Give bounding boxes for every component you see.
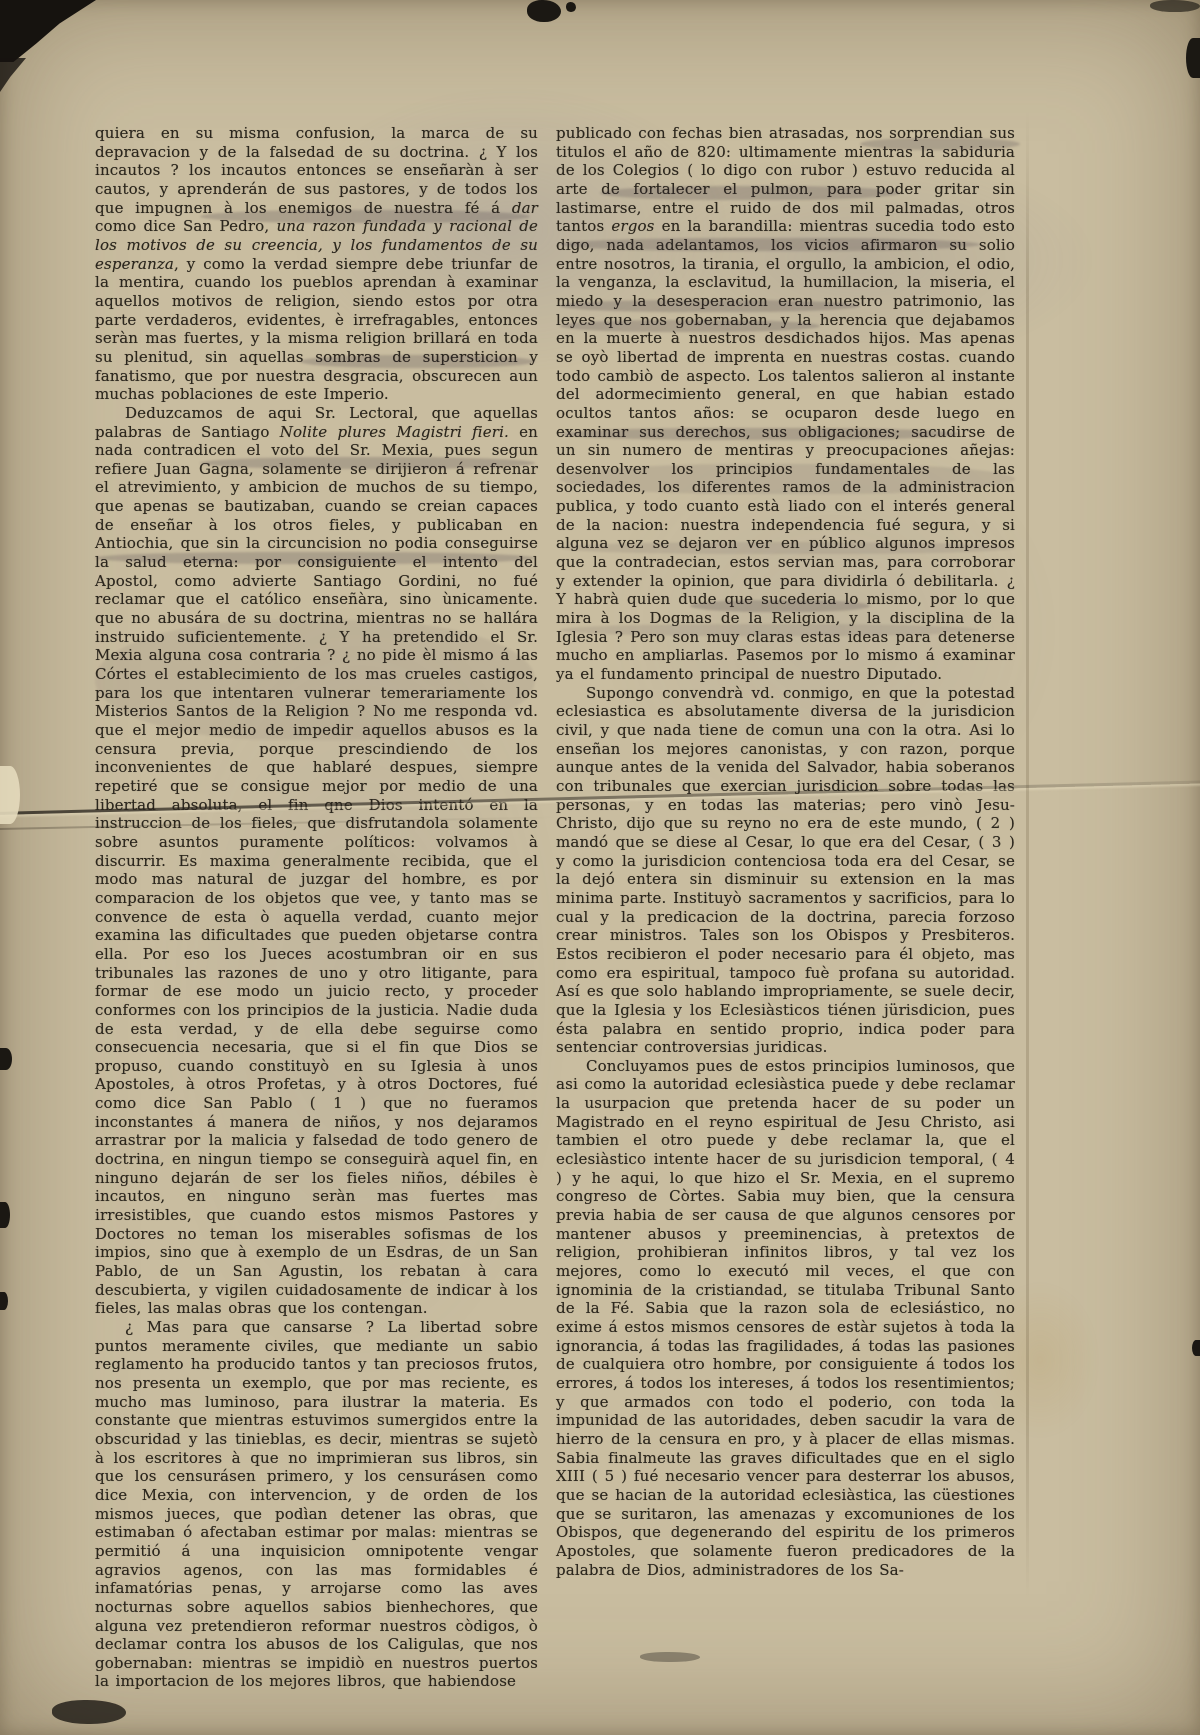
paragraph: ¿ Mas para que cansarse ? La libertad so… <box>95 1318 538 1691</box>
text-run: en nada contradicen el voto del Sr. Mexi… <box>95 423 538 1318</box>
text-run: como dice San Pedro, <box>95 217 276 235</box>
text-column-left: quiera en su misma confusion, la marca d… <box>95 124 538 1691</box>
edge-mark <box>1192 1340 1200 1356</box>
edge-mark <box>566 2 576 12</box>
edge-mark <box>1186 38 1200 78</box>
paragraph: Supongo convendrà vd. conmigo, en que la… <box>556 684 1015 1057</box>
edge-mark <box>52 1700 126 1724</box>
edge-mark <box>527 0 561 22</box>
italic-text-run: Nolite plures Magistri fieri. <box>280 423 509 441</box>
text-run: ¿ Mas para que cansarse ? La libertad so… <box>95 1318 538 1690</box>
paragraph: Concluyamos pues de estos principios lum… <box>556 1057 1015 1579</box>
paragraph: quiera en su misma confusion, la marca d… <box>95 124 538 404</box>
edge-gouge <box>0 766 20 824</box>
text-run: en la barandilla: mientras sucedia todo … <box>556 217 1015 683</box>
edge-mark <box>0 1292 8 1310</box>
italic-text-run: ergos <box>611 217 654 235</box>
edge-mark <box>0 1048 12 1070</box>
text-column-right: publicado con fechas bien atrasadas, nos… <box>556 124 1015 1579</box>
paragraph: Deduzcamos de aqui Sr. Lectoral, que aqu… <box>95 404 538 1318</box>
fold-shadow <box>1026 110 1029 1600</box>
edge-mark <box>1150 0 1200 12</box>
text-run: , y como la verdad siempre debe triunfar… <box>95 255 538 404</box>
text-run: quiera en su misma confusion, la marca d… <box>95 124 538 217</box>
edge-mark <box>640 1652 700 1662</box>
text-run: Supongo convendrà vd. conmigo, en que la… <box>556 684 1015 1056</box>
corner-tear <box>0 58 26 92</box>
paper-sheet: quiera en su misma confusion, la marca d… <box>0 0 1200 1735</box>
scanned-document-page: { "document": { "kind": "scanned antique… <box>0 0 1200 1735</box>
corner-tear <box>0 0 96 62</box>
italic-text-run: dar <box>512 199 538 217</box>
text-run: Concluyamos pues de estos principios lum… <box>556 1057 1015 1579</box>
edge-mark <box>0 1202 10 1228</box>
paragraph: publicado con fechas bien atrasadas, nos… <box>556 124 1015 684</box>
